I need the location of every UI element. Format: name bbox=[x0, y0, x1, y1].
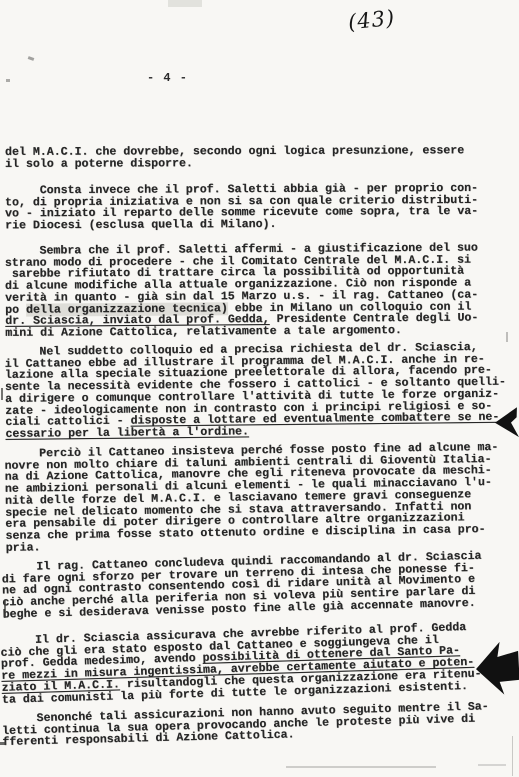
scan-mark bbox=[506, 332, 508, 342]
text-line: mini di Azione Cattolica, relativamente … bbox=[5, 324, 478, 339]
text-line: il solo a poterne disporre. bbox=[5, 157, 464, 170]
paragraph: Consta invece che il prof. Saletti abbia… bbox=[5, 183, 478, 232]
handwritten-page-number: (43) bbox=[347, 6, 396, 35]
scan-speck bbox=[6, 79, 10, 82]
scan-smudge bbox=[168, 0, 202, 7]
paragraph: Il dr. Sciascia assicurava che avrebbe r… bbox=[0, 622, 482, 706]
scan-mark bbox=[4, 600, 6, 618]
page-number: - 4 - bbox=[147, 71, 188, 85]
paragraph: Sembra che il prof. Saletti affermi - a … bbox=[5, 243, 479, 340]
scan-streak bbox=[512, 736, 513, 776]
scan-streak bbox=[478, 764, 506, 766]
scan-streak bbox=[286, 766, 436, 768]
margin-arrow-icon bbox=[476, 640, 519, 698]
paragraph: Senonché tali assicurazioni non hanno av… bbox=[2, 701, 490, 749]
scan-speck bbox=[28, 56, 35, 61]
paragraph: Perciò il Cattaneo insisteva perché foss… bbox=[4, 442, 499, 554]
document-page: (43) - 4 - del M.A.C.I. che dovrebbe, se… bbox=[0, 0, 519, 777]
scan-mark bbox=[1, 388, 3, 400]
margin-arrow-icon bbox=[493, 406, 519, 440]
paragraph: del M.A.C.I. che dovrebbe, secondo ogni … bbox=[5, 145, 464, 170]
text-line: rie Diocesi (esclusa quella di Milano). bbox=[5, 218, 478, 232]
paragraph: Nel suddetto colloquio ed a precisa rich… bbox=[5, 342, 507, 441]
paragraph: Il rag. Cattaneo concludeva quindi racco… bbox=[1, 551, 482, 621]
scan-mark bbox=[0, 742, 6, 745]
